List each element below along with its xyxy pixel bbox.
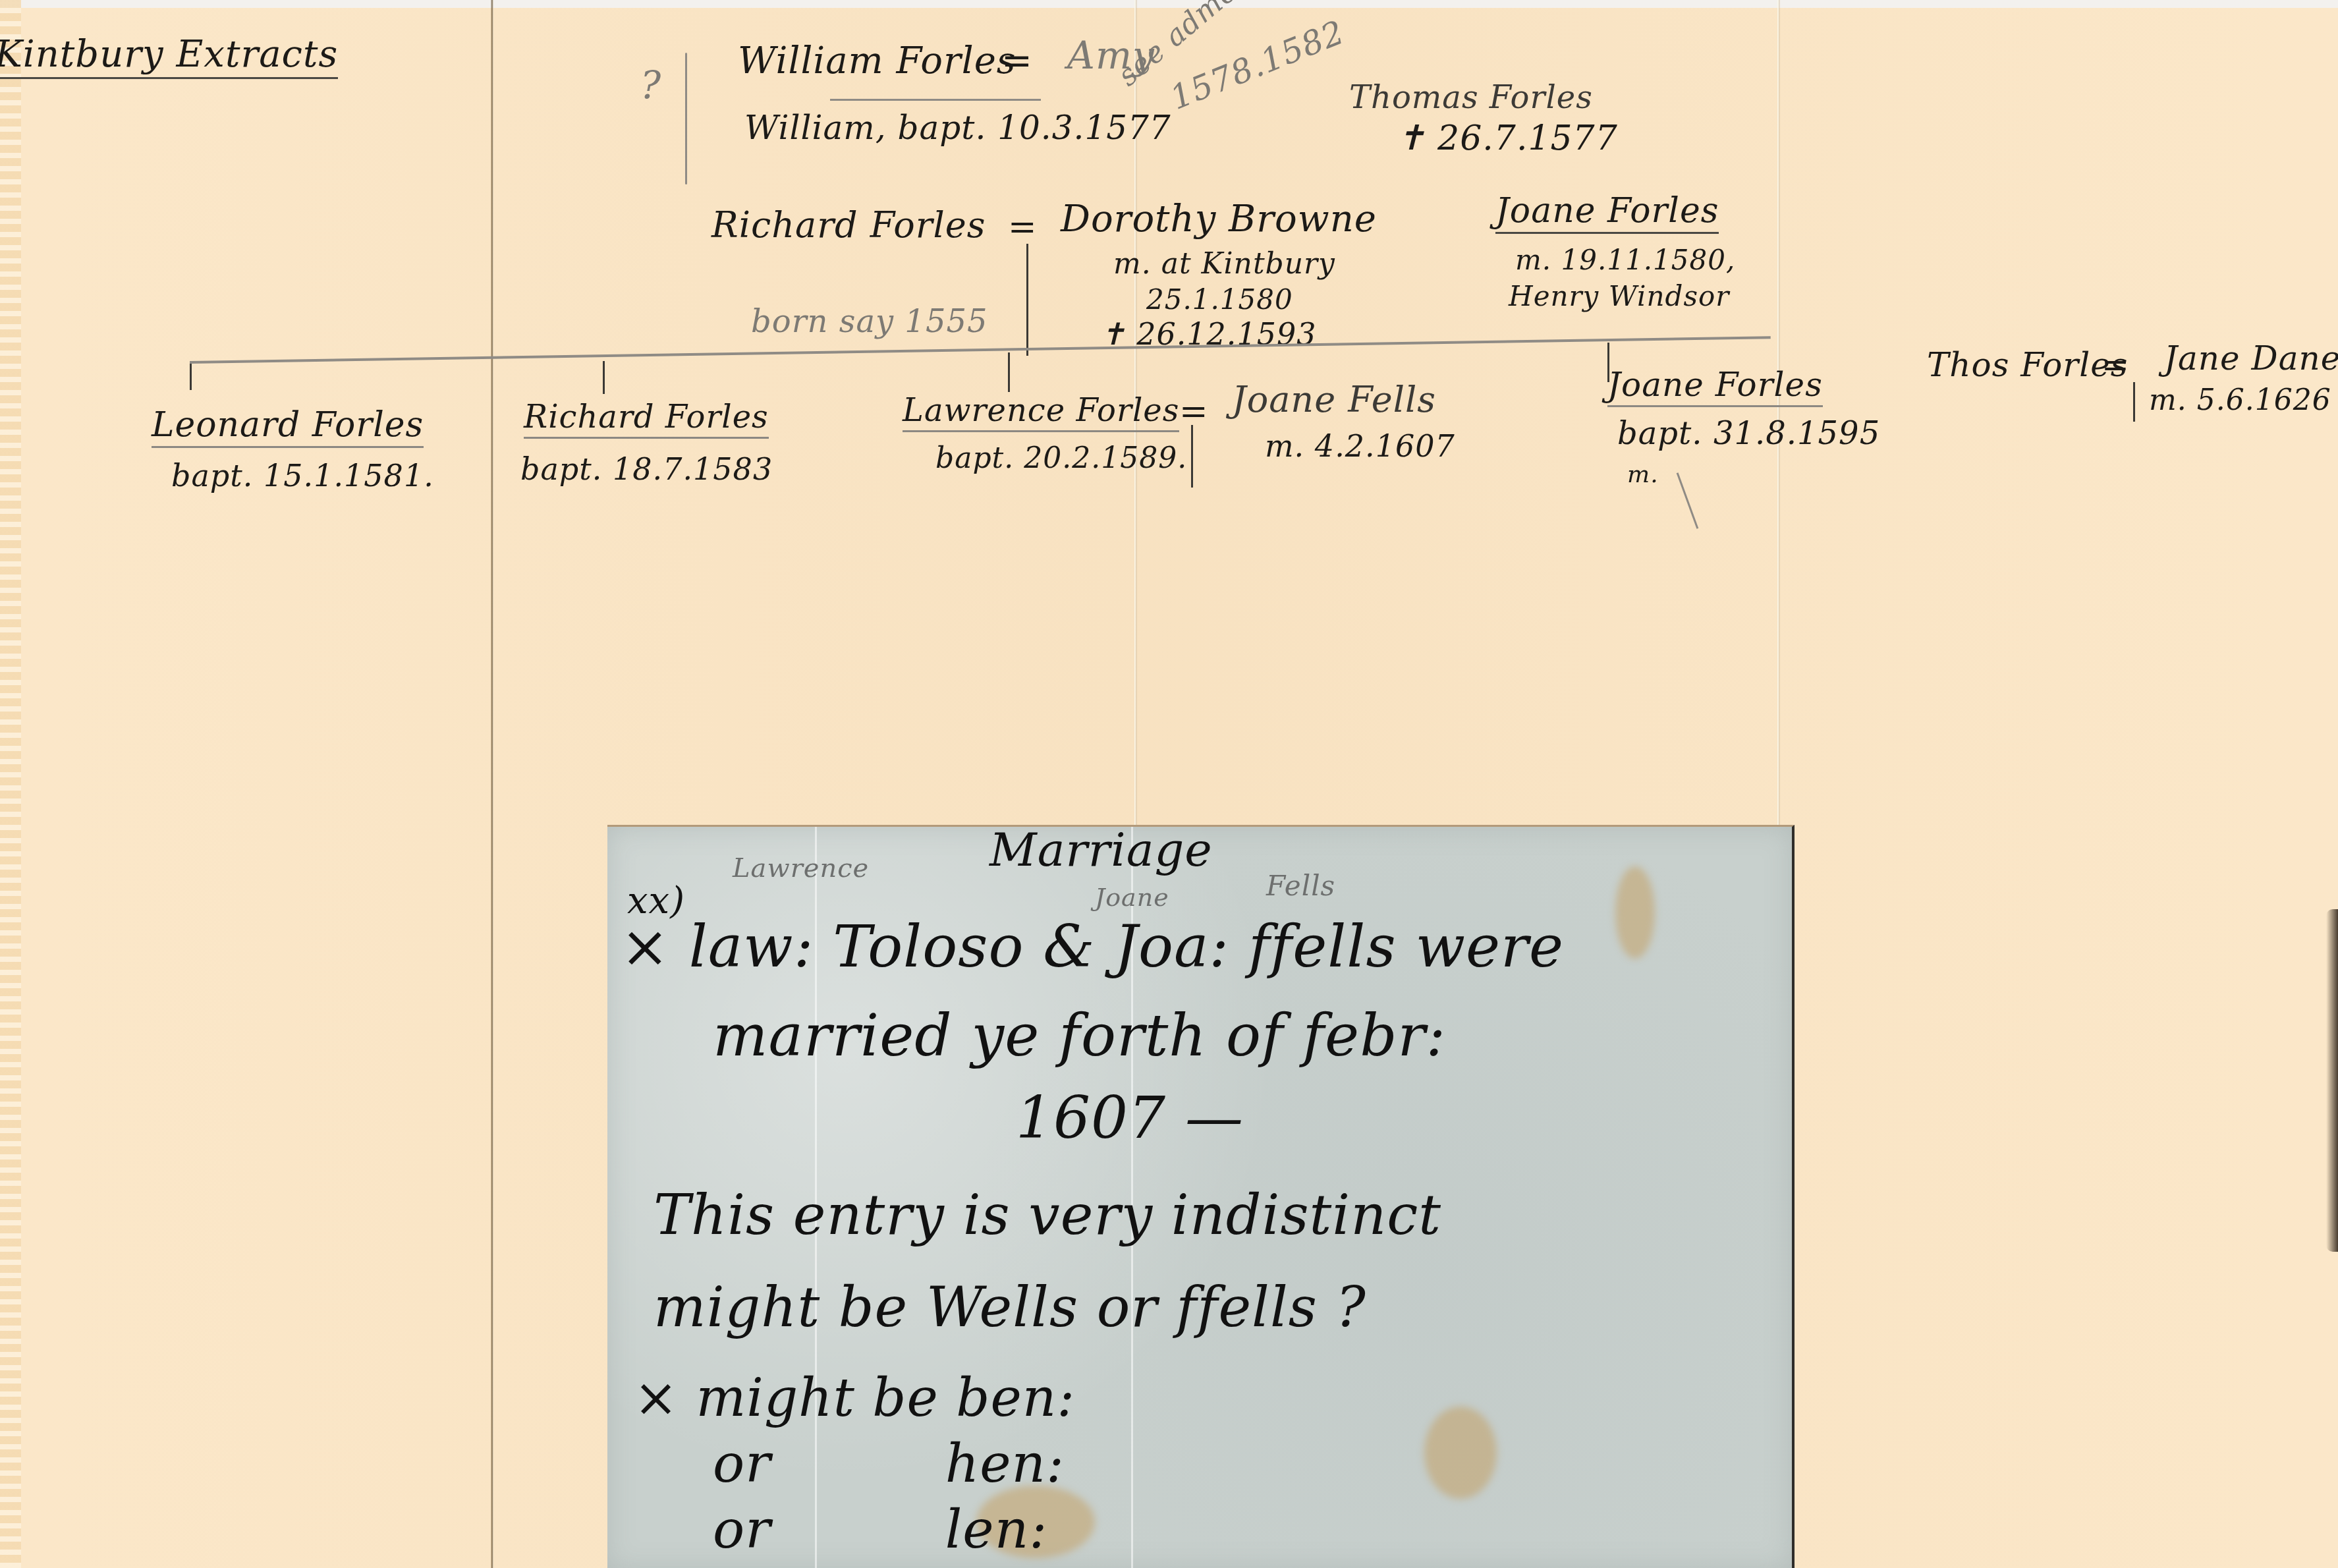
document-title: Kintbury Extracts (0, 33, 338, 79)
card-heading: Marriage (989, 823, 1213, 877)
jane-dane-spouse: Jane Dane (2164, 339, 2338, 378)
child-joane-baptism: bapt. 31.8.1595 (1617, 415, 1880, 452)
child-lawrence-name: Lawrence Forles (903, 392, 1179, 432)
child-lawrence-baptism: bapt. 20.2.1589. (935, 441, 1187, 475)
descent-line (1191, 425, 1193, 488)
joane-forles-sister-name: Joane Forles (1495, 191, 1719, 234)
card-line-4: This entry is very indistinct (654, 1183, 1441, 1247)
card-line-3: 1607 — (1016, 1084, 1244, 1152)
pencil-bracket (685, 53, 687, 184)
foxing-stain (1615, 866, 1655, 959)
child-leonard-baptism: bapt. 15.1.1581. (171, 458, 434, 493)
lawrence-marriage-date: m. 4.2.1607 (1265, 428, 1455, 464)
dorothy-marriage-date: 25.1.1580 (1146, 283, 1293, 316)
child-richard-name: Richard Forles (524, 399, 769, 439)
child-leonard-name: Leonard Forles (152, 405, 424, 448)
child-joane-name: Joane Forles (1607, 366, 1823, 407)
thomas-burial-date: ✝ 26.7.1577 (1397, 119, 1618, 158)
card-line-6: × might be ben: (634, 1367, 1075, 1428)
descent-line (1026, 244, 1028, 356)
william-child-baptism: William, bapt. 10.3.1577 (744, 109, 1171, 147)
joane-fells-spouse: Joane Fells (1232, 379, 1436, 420)
henry-windsor-spouse: Henry Windsor (1509, 280, 1729, 312)
richard-born-note: born say 1555 (751, 303, 988, 340)
marriage-sign: = (1001, 40, 1033, 82)
scan-left-edge (0, 0, 21, 1568)
marriage-sign: = (1008, 208, 1038, 247)
card-line-5: might be Wells or ffells ? (654, 1275, 1366, 1339)
card-line-7: or hen: (713, 1433, 1065, 1494)
pencil-annotation-lawrence: Lawrence (733, 853, 869, 883)
dorothy-browne-name: Dorothy Browne (1061, 198, 1377, 240)
fold-line (491, 0, 493, 1568)
child-richard-baptism: bapt. 18.7.1583 (520, 451, 773, 487)
thos-marriage-date: m. 5.6.1626 (2149, 383, 2331, 417)
marriage-sign: = (2101, 346, 2130, 384)
thos-forles-name: Thos Forles (1927, 346, 2128, 384)
page-edge-shadow (2326, 909, 2338, 1252)
dorothy-marriage-place: m. at Kintbury (1113, 247, 1335, 281)
thomas-forles-name: Thomas Forles (1349, 79, 1593, 116)
card-line-2: married ye forth of febr: (713, 1001, 1446, 1069)
child-joane-marriage-note: m. (1627, 461, 1659, 488)
child-drop-line (190, 364, 192, 390)
descent-line (2133, 382, 2135, 422)
card-line-8: or len: (713, 1499, 1047, 1560)
child-drop-line (1008, 352, 1010, 392)
child-drop-line (603, 361, 605, 394)
pencil-connector (830, 99, 1041, 101)
foxing-stain (1424, 1407, 1497, 1499)
query-mark: ? (640, 63, 661, 107)
card-line-1: × law: Toloso & Joa: ffells were (621, 912, 1564, 980)
joane-sister-marriage: m. 19.11.1580, (1515, 244, 1735, 276)
note-card: Marriage xx) Lawrence Joane Fells × law:… (607, 825, 1795, 1568)
pencil-annotation-fells: Fells (1266, 870, 1335, 902)
richard-forles-name: Richard Forles (711, 204, 986, 246)
marriage-sign: = (1179, 392, 1209, 432)
pencil-annotation-joane: Joane (1095, 883, 1169, 912)
william-forles-name: William Forles (738, 40, 1016, 82)
